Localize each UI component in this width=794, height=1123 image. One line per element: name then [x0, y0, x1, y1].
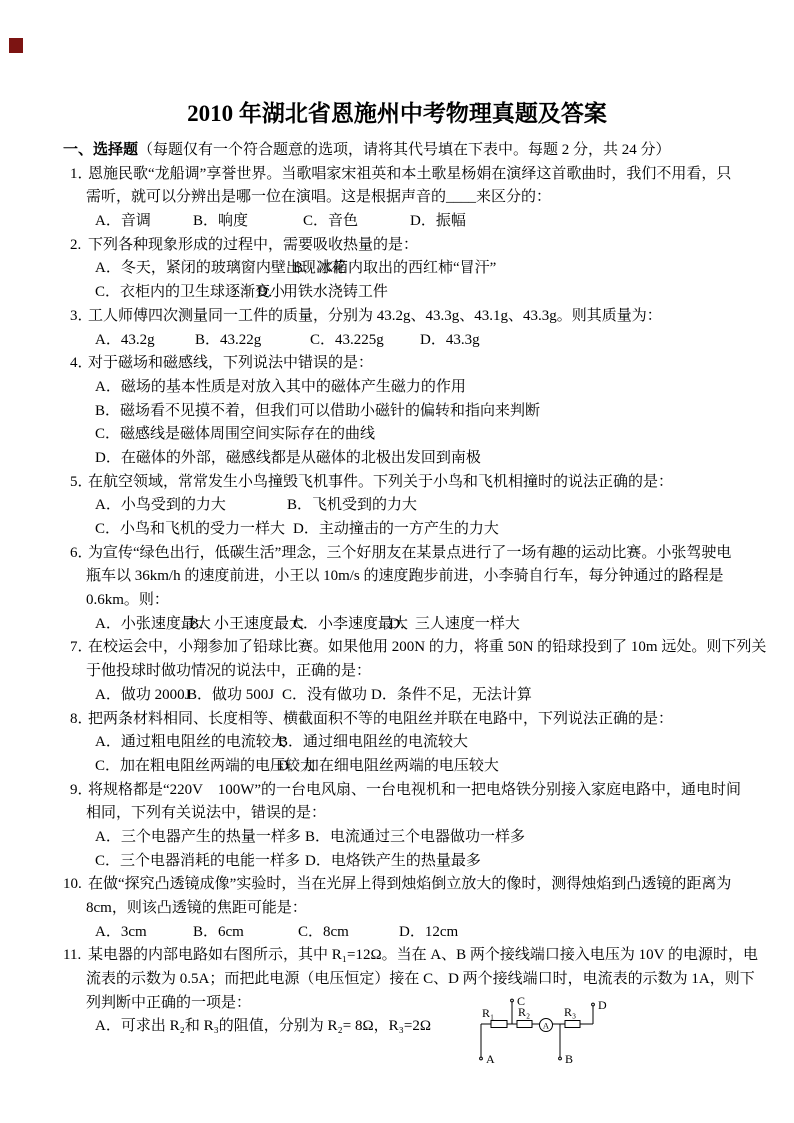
corner-stamp — [9, 38, 23, 53]
page-title: 2010 年湖北省恩施州中考物理真题及答案 — [0, 0, 794, 127]
question-4-option-d: D．在磁体的外部，磁感线都是从磁体的北极出发回到南极 — [0, 447, 794, 471]
stem-text: 相同，下列有关说法中，错误的是： — [86, 802, 326, 826]
option: C．三个电器消耗的电能一样多 — [95, 850, 305, 874]
question-number: 7． — [70, 636, 88, 660]
terminal-d-label: D — [598, 998, 607, 1012]
section-heading: 一、选择题（每题仅有一个符合题意的选项，请将其代号填在下表中。每题 2 分，共 … — [0, 139, 794, 163]
resistor-r1-symbol — [491, 1021, 507, 1028]
question-number: 3． — [70, 305, 88, 329]
stem-text: 在航空领域，常常发生小鸟撞毁飞机事件。下列关于小鸟和飞机相撞时的说法正确的是： — [88, 471, 673, 495]
terminal-b-label: B — [565, 1052, 573, 1066]
option: C．音色 — [303, 210, 410, 234]
option: A．做功 2000J — [95, 684, 187, 708]
option: B．冰箱内取出的西红柿“冒汗” — [293, 257, 496, 281]
question-7-stem: 7．在校运会中，小翔参加了铅球比赛。如果他用 200N 的力，将重 50N 的铅… — [0, 636, 794, 660]
option: D．加在细电阻丝两端的电压较大 — [278, 755, 499, 779]
option: A．音调 — [95, 210, 193, 234]
question-1-stem: 1．恩施民歌“龙船调”享誉世界。当歌唱家宋祖英和本土歌星杨娟在演绎这首歌曲时，我… — [0, 163, 794, 187]
resistor-r3-symbol — [565, 1021, 580, 1028]
stem-text: 恩施民歌“龙船调”享誉世界。当歌唱家宋祖英和本土歌星杨娟在演绎这首歌曲时，我们不… — [88, 163, 731, 187]
option: D．在磁体的外部，磁感线都是从磁体的北极出发回到南极 — [95, 447, 481, 471]
option: B．小王速度最大 — [189, 613, 293, 637]
ammeter-label: A — [543, 1021, 550, 1031]
section-label: 一、选择题 — [63, 139, 138, 163]
question-number: 11. — [63, 944, 88, 968]
stem-text: 将规格都是“220V 100W”的一台电风扇、一台电视机和一把电烙铁分别接入家庭… — [88, 779, 741, 803]
stem-text: 列判断中正确的一项是： — [86, 992, 251, 1016]
option: D．电烙铁产生的热量最多 — [305, 850, 481, 874]
stem-text: 8cm，则该凸透镜的焦距可能是： — [86, 897, 307, 921]
option: B．做功 500J — [187, 684, 282, 708]
question-4-option-a: A．磁场的基本性质是对放入其中的磁体产生磁力的作用 — [0, 376, 794, 400]
option: D．43.3g — [420, 329, 480, 353]
terminal-a-dot — [480, 1057, 483, 1060]
option: B．43.22g — [195, 329, 310, 353]
question-4-option-c: C．磁感线是磁体周围空间实际存在的曲线 — [0, 423, 794, 447]
question-number: 4． — [70, 352, 88, 376]
question-2-options-row-2: C．衣柜内的卫生球逐渐变小D．用铁水浇铸工件 — [0, 281, 794, 305]
circuit-diagram: R₁ R₂ R₃ A C D A B — [472, 992, 622, 1072]
option: C．43.225g — [310, 329, 420, 353]
question-4-stem: 4．对于磁场和磁感线，下列说法中错误的是： — [0, 352, 794, 376]
option: D．振幅 — [410, 210, 466, 234]
question-number: 9． — [70, 779, 88, 803]
option: D．主动撞击的一方产生的力大 — [293, 518, 499, 542]
question-3-options: A．43.2gB．43.22gC．43.225gD．43.3g — [0, 329, 794, 353]
stem-text: 对于磁场和磁感线，下列说法中错误的是： — [88, 352, 373, 376]
option: A．3cm — [95, 921, 193, 945]
question-number: 10. — [63, 873, 88, 897]
option: B．电流通过三个电器做功一样多 — [305, 826, 525, 850]
option: D．用铁水浇铸工件 — [257, 281, 388, 305]
stem-text: 在做“探究凸透镜成像”实验时，当在光屏上得到烛焰倒立放大的像时，测得烛焰到凸透镜… — [88, 873, 731, 897]
question-7-stem-cont: 于他投球时做功情况的说法中，正确的是： — [0, 660, 794, 684]
question-5-stem: 5．在航空领域，常常发生小鸟撞毁飞机事件。下列关于小鸟和飞机相撞时的说法正确的是… — [0, 471, 794, 495]
question-11-stem: 11.某电器的内部电路如右图所示，其中 R₁=12Ω。当在 A、B 两个接线端口… — [0, 944, 794, 968]
terminal-c-dot — [511, 999, 514, 1002]
option: A．三个电器产生的热量一样多 — [95, 826, 305, 850]
option: A．43.2g — [95, 329, 195, 353]
option: A．小鸟受到的力大 — [95, 494, 287, 518]
question-9-options-row-1: A．三个电器产生的热量一样多B．电流通过三个电器做功一样多 — [0, 826, 794, 850]
question-number: 8． — [70, 708, 88, 732]
question-2-stem: 2.下列各种现象形成的过程中，需要吸收热量的是： — [0, 234, 794, 258]
option: A．冬天，紧闭的玻璃窗内壁出现冰花 — [95, 257, 293, 281]
option: A．磁场的基本性质是对放入其中的磁体产生磁力的作用 — [95, 376, 466, 400]
question-number: 2. — [70, 234, 88, 258]
question-8-options-row-1: A．通过粗电阻丝的电流较大B．通过细电阻丝的电流较大 — [0, 731, 794, 755]
question-11-option-a: A．可求出 R₂和 R₃的阻值，分别为 R₂= 8Ω，R₃=2Ω — [0, 1015, 794, 1039]
question-5-options-row-1: A．小鸟受到的力大B．飞机受到的力大 — [0, 494, 794, 518]
stem-text: 某电器的内部电路如右图所示，其中 R₁=12Ω。当在 A、B 两个接线端口接入电… — [88, 944, 758, 968]
question-6-options: A．小张速度最大B．小王速度最大C．小李速度最大D．三人速度一样大 — [0, 613, 794, 637]
question-2-options-row-1: A．冬天，紧闭的玻璃窗内壁出现冰花B．冰箱内取出的西红柿“冒汗” — [0, 257, 794, 281]
question-number: 6． — [70, 542, 88, 566]
question-1-stem-cont: 需听，就可以分辨出是哪一位在演唱。这是根据声音的____来区分的： — [0, 186, 794, 210]
option: C．磁感线是磁体周围空间实际存在的曲线 — [95, 423, 375, 447]
option: B．通过细电阻丝的电流较大 — [278, 731, 468, 755]
stem-text: 下列各种现象形成的过程中，需要吸收热量的是： — [88, 234, 418, 258]
question-10-stem-cont: 8cm，则该凸透镜的焦距可能是： — [0, 897, 794, 921]
question-6-stem-cont: 瓶车以 36km/h 的速度前进，小王以 10m/s 的速度跑步前进，小李骑自行… — [0, 565, 794, 589]
question-9-stem-cont: 相同，下列有关说法中，错误的是： — [0, 802, 794, 826]
terminal-c-label: C — [517, 994, 525, 1008]
option: A．可求出 R₂和 R₃的阻值，分别为 R₂= 8Ω，R₃=2Ω — [95, 1015, 431, 1039]
option: D．条件不足，无法计算 — [371, 684, 532, 708]
question-5-options-row-2: C．小鸟和飞机的受力一样大D．主动撞击的一方产生的力大 — [0, 518, 794, 542]
question-number: 1． — [70, 163, 88, 187]
option: B．飞机受到的力大 — [287, 494, 417, 518]
option: C．小鸟和飞机的受力一样大 — [95, 518, 293, 542]
document-page: 2010 年湖北省恩施州中考物理真题及答案 一、选择题（每题仅有一个符合题意的选… — [0, 0, 794, 1123]
option: B．磁场看不见摸不着，但我们可以借助小磁针的偏转和指向来判断 — [95, 400, 540, 424]
option: C．小李速度最大 — [293, 613, 389, 637]
question-9-options-row-2: C．三个电器消耗的电能一样多D．电烙铁产生的热量最多 — [0, 850, 794, 874]
question-number: 5． — [70, 471, 88, 495]
exam-body: 一、选择题（每题仅有一个符合题意的选项，请将其代号填在下表中。每题 2 分，共 … — [0, 139, 794, 1039]
stem-text: 工人师傅四次测量同一工件的质量，分别为 43.2g、43.3g、43.1g、43… — [88, 305, 662, 329]
stem-text: 于他投球时做功情况的说法中，正确的是： — [86, 660, 371, 684]
stem-text: 流表的示数为 0.5A；而把此电源（电压恒定）接在 C、D 两个接线端口时，电流… — [86, 968, 755, 992]
terminal-b-dot — [559, 1057, 562, 1060]
option: D．三人速度一样大 — [389, 613, 520, 637]
option: A．小张速度最大 — [95, 613, 189, 637]
option: C．没有做功 — [282, 684, 371, 708]
stem-text: 需听，就可以分辨出是哪一位在演唱。这是根据声音的____来区分的： — [86, 186, 551, 210]
question-4-option-b: B．磁场看不见摸不着，但我们可以借助小磁针的偏转和指向来判断 — [0, 400, 794, 424]
question-11-stem-cont: 列判断中正确的一项是： — [0, 992, 794, 1016]
stem-text: 在校运会中，小翔参加了铅球比赛。如果他用 200N 的力，将重 50N 的铅球投… — [88, 636, 766, 660]
question-10-options: A．3cmB．6cmC．8cmD．12cm — [0, 921, 794, 945]
question-7-options: A．做功 2000JB．做功 500JC．没有做功D．条件不足，无法计算 — [0, 684, 794, 708]
question-8-stem: 8．把两条材料相同、长度相等、横截面积不等的电阻丝并联在电路中，下列说法正确的是… — [0, 708, 794, 732]
option: C．8cm — [298, 921, 399, 945]
question-3-stem: 3．工人师傅四次测量同一工件的质量，分别为 43.2g、43.3g、43.1g、… — [0, 305, 794, 329]
question-10-stem: 10.在做“探究凸透镜成像”实验时，当在光屏上得到烛焰倒立放大的像时，测得烛焰到… — [0, 873, 794, 897]
section-desc: （每题仅有一个符合题意的选项，请将其代号填在下表中。每题 2 分，共 24 分） — [138, 139, 671, 163]
option: C．加在粗电阻丝两端的电压较大 — [95, 755, 278, 779]
option: B．6cm — [193, 921, 298, 945]
terminal-d-dot — [592, 1003, 595, 1006]
question-1-options: A．音调B．响度C．音色D．振幅 — [0, 210, 794, 234]
question-6-stem: 6．为宣传“绿色出行，低碳生活”理念，三个好朋友在某景点进行了一场有趣的运动比赛… — [0, 542, 794, 566]
question-8-options-row-2: C．加在粗电阻丝两端的电压较大D．加在细电阻丝两端的电压较大 — [0, 755, 794, 779]
resistor-r2-symbol — [517, 1021, 532, 1028]
question-9-stem: 9．将规格都是“220V 100W”的一台电风扇、一台电视机和一把电烙铁分别接入… — [0, 779, 794, 803]
stem-text: 0.6km。则： — [86, 589, 169, 613]
option: B．响度 — [193, 210, 303, 234]
resistor-r1-label: R₁ — [482, 1006, 494, 1020]
question-6-stem-cont: 0.6km。则： — [0, 589, 794, 613]
question-11-stem-cont: 流表的示数为 0.5A；而把此电源（电压恒定）接在 C、D 两个接线端口时，电流… — [0, 968, 794, 992]
stem-text: 为宣传“绿色出行，低碳生活”理念，三个好朋友在某景点进行了一场有趣的运动比赛。小… — [88, 542, 731, 566]
option: C．衣柜内的卫生球逐渐变小 — [95, 281, 257, 305]
resistor-r3-label: R₃ — [564, 1005, 576, 1019]
stem-text: 把两条材料相同、长度相等、横截面积不等的电阻丝并联在电路中，下列说法正确的是： — [88, 708, 673, 732]
option: D．12cm — [399, 921, 458, 945]
option: A．通过粗电阻丝的电流较大 — [95, 731, 278, 755]
stem-text: 瓶车以 36km/h 的速度前进，小王以 10m/s 的速度跑步前进，小李骑自行… — [86, 565, 724, 589]
terminal-a-label: A — [486, 1052, 495, 1066]
